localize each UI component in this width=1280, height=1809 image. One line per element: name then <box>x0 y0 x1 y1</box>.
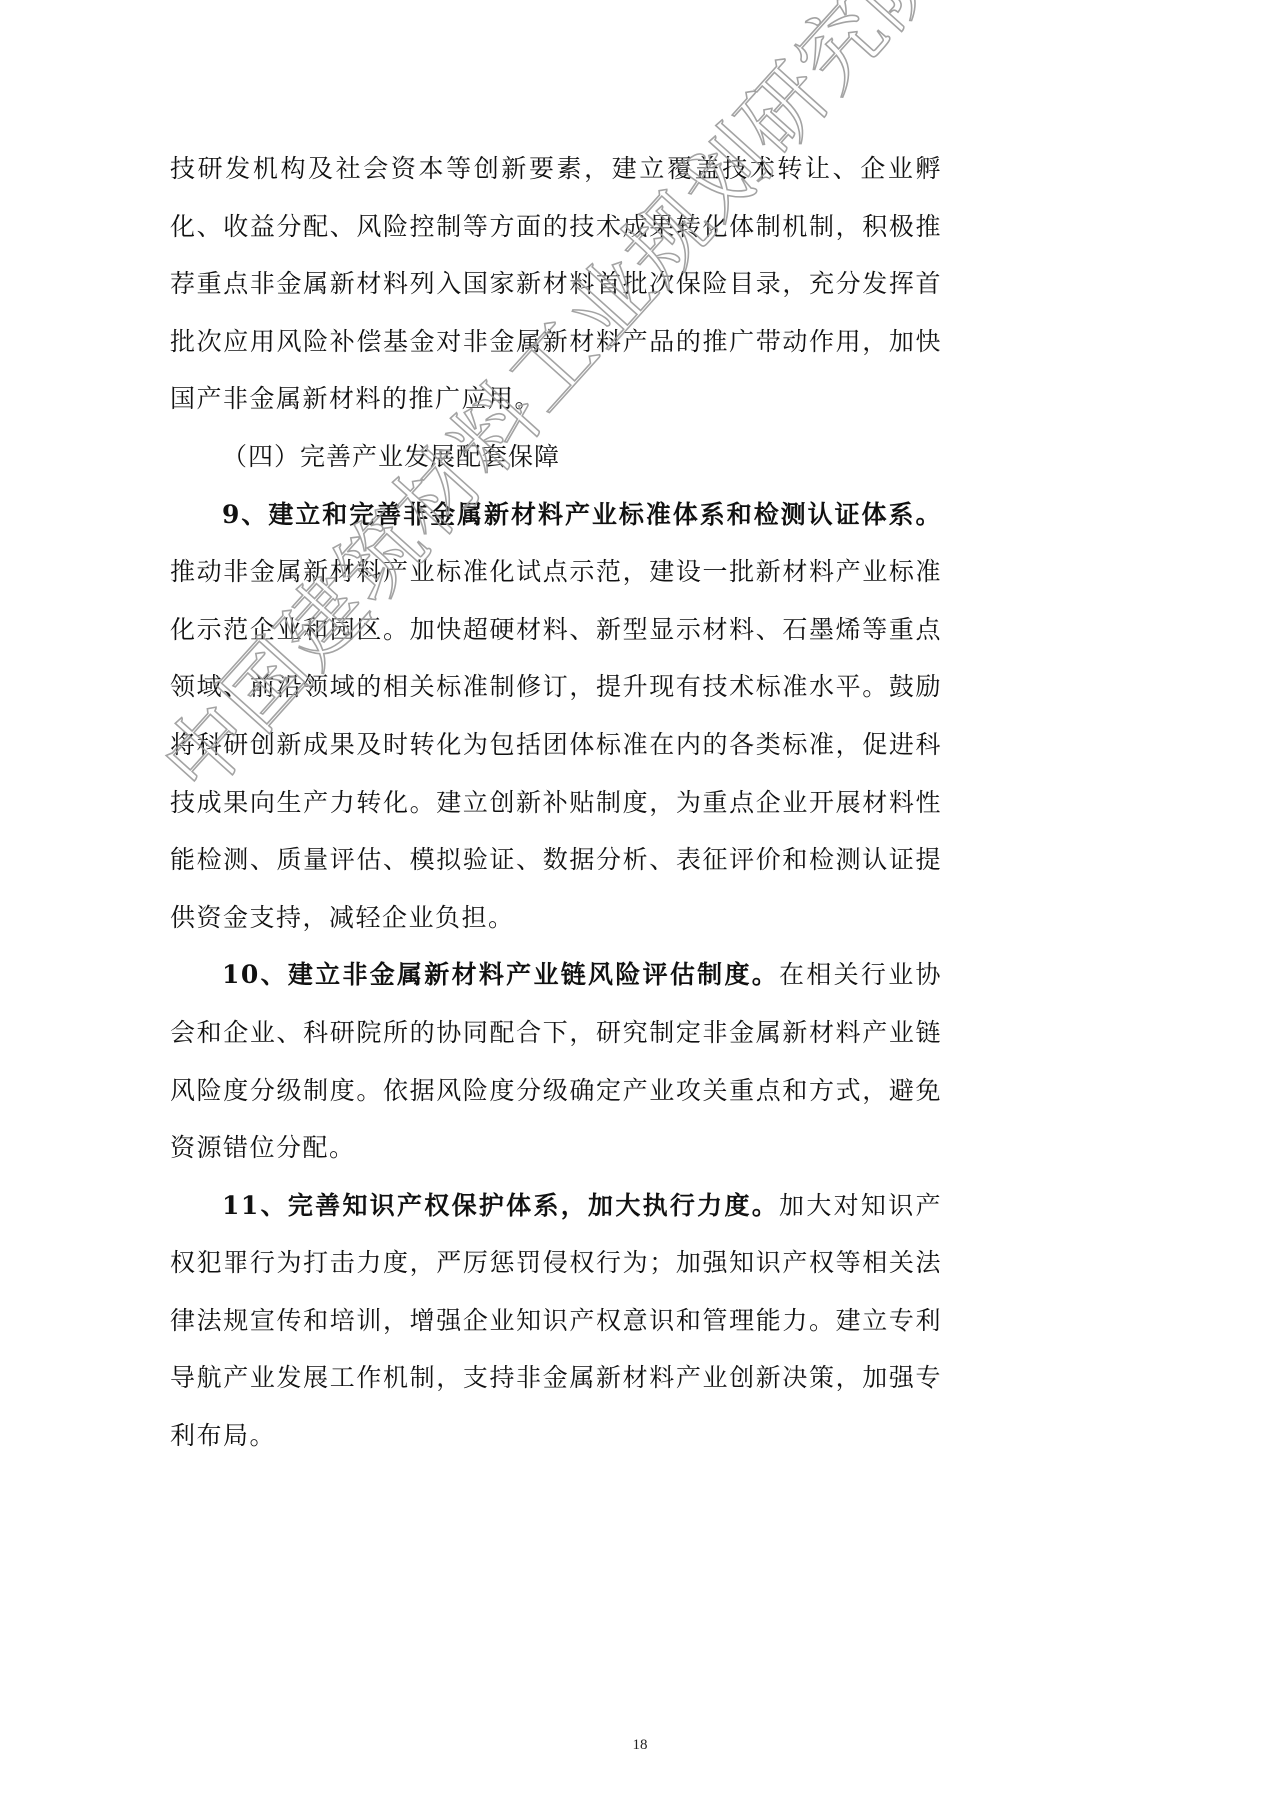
section-heading: （四）完善产业发展配套保障 <box>170 428 942 486</box>
document-page: 技研发机构及社会资本等创新要素，建立覆盖技术转让、企业孵化、收益分配、风险控制等… <box>0 0 1280 1809</box>
item-10-text: 在相关行业协会和企业、科研院所的协同配合下，研究制定非金属新材料产业链风险度分级… <box>170 960 942 1162</box>
section-heading-text: （四）完善产业发展配套保障 <box>222 442 560 471</box>
paragraph-item-11: 11、完善知识产权保护体系，加大执行力度。加大对知识产权犯罪行为打击力度，严厉惩… <box>170 1177 942 1465</box>
item-11-title: 11、完善知识产权保护体系，加大执行力度。 <box>222 1191 779 1220</box>
item-9-text: 推动非金属新材料产业标准化试点示范，建设一批新材料产业标准化示范企业和园区。加快… <box>170 557 942 932</box>
page-body: 技研发机构及社会资本等创新要素，建立覆盖技术转让、企业孵化、收益分配、风险控制等… <box>170 140 942 1465</box>
item-9-title: 9、建立和完善非金属新材料产业标准体系和检测认证体系。 <box>222 500 942 529</box>
item-10-title: 10、建立非金属新材料产业链风险评估制度。 <box>222 960 779 989</box>
page-number: 18 <box>0 1737 1280 1754</box>
item-11-text: 加大对知识产权犯罪行为打击力度，严厉惩罚侵权行为；加强知识产权等相关法律法规宣传… <box>170 1191 942 1450</box>
paragraph-item-10: 10、建立非金属新材料产业链风险评估制度。在相关行业协会和企业、科研院所的协同配… <box>170 946 942 1176</box>
paragraph-item-9: 9、建立和完善非金属新材料产业标准体系和检测认证体系。推动非金属新材料产业标准化… <box>170 486 942 947</box>
paragraph-text: 技研发机构及社会资本等创新要素，建立覆盖技术转让、企业孵化、收益分配、风险控制等… <box>170 154 942 413</box>
paragraph-continuation: 技研发机构及社会资本等创新要素，建立覆盖技术转让、企业孵化、收益分配、风险控制等… <box>170 140 942 428</box>
